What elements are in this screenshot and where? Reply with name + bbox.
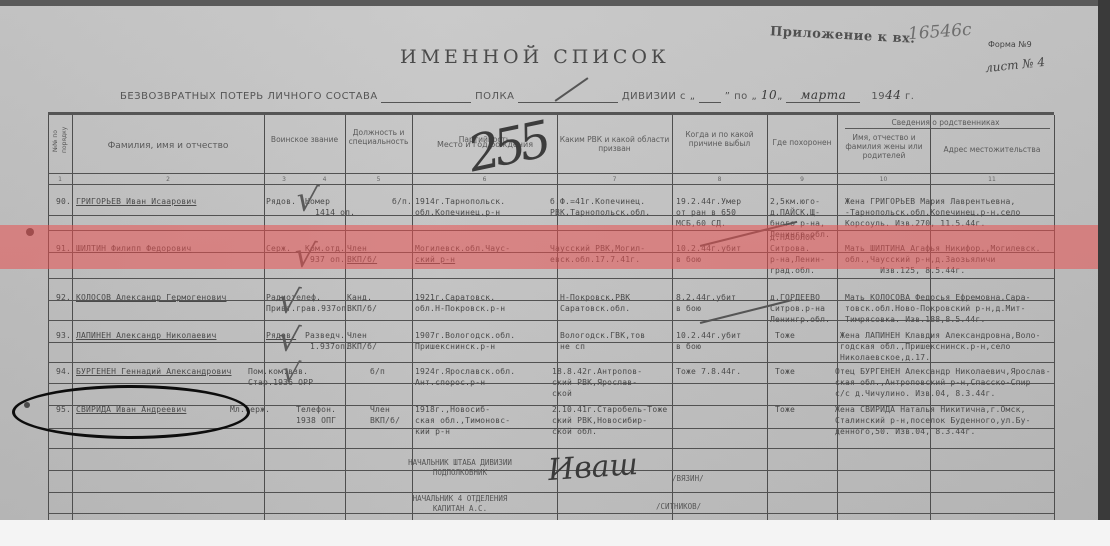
person-name: КОЛОСОВ Александр Гермогенович <box>76 292 227 303</box>
header-col-3: Воинское звание <box>264 135 345 144</box>
position: Телефон. 1938 ОПГ <box>296 404 336 426</box>
party: б/п. <box>392 196 412 207</box>
header-relatives-group: Сведения о родственниках <box>837 118 1054 127</box>
year-suffix: 44 <box>885 88 901 102</box>
relative: Мать КОЛОСОВА Федосья Ефремовна,Сара- то… <box>845 292 1031 325</box>
form-label: Форма №9 <box>988 40 1032 49</box>
row-number: 90. <box>56 196 71 207</box>
header-col-7: Каким РВК и какой области призван <box>557 135 672 153</box>
chief-of-staff-title: НАЧАЛЬНИК ШТАБА ДИВИЗИИ ПОДПОЛКОВНИК <box>360 458 560 478</box>
signature-name-2: /СИТНИКОВ/ <box>656 502 701 512</box>
reason: 8.2.44г.убит в бою <box>676 292 736 314</box>
scan-border-top <box>0 0 1110 6</box>
scan-border-right <box>1098 0 1110 546</box>
reason: 10.2.44г.убит в бою <box>676 330 741 352</box>
handwritten-signature: Иваш <box>547 447 639 488</box>
header-col-8: Когда и по какой причине выбыл <box>672 130 767 148</box>
draft: 18.8.42г.Антропов- ский РВК,Ярослав- ско… <box>552 366 642 399</box>
col-number: 1 <box>48 176 72 183</box>
relative: Отец БУРГЕНЕН Александр Николаевич,Яросл… <box>835 366 1051 399</box>
reason: Тоже 7.8.44г. <box>676 366 741 377</box>
header-col-1: №№ по порядку <box>51 129 69 153</box>
circled-entry-annotation <box>12 385 250 439</box>
column-divider <box>1054 115 1055 520</box>
year-unit: г. <box>905 91 914 102</box>
date-day: 10 <box>761 88 777 102</box>
col-number: 11 <box>930 176 1054 183</box>
person-name: БУРГЕНЕН Геннадий Александрович <box>76 366 232 377</box>
draft: Вологодск.ГВК,тов не сп <box>560 330 645 352</box>
party: Член ВКП/б/ <box>347 330 377 352</box>
col-number: 10 <box>837 176 930 183</box>
birth: 1921г.Саратовск. обл.Н-Покровск.р-н <box>415 292 505 314</box>
date-month: марта <box>786 88 860 103</box>
col-number: 5 <box>345 176 412 183</box>
draft: 2.10.41г.Старобель-Тоже ский РВК,Новосиб… <box>552 404 667 437</box>
document-title: ИМЕННОЙ СПИСОК <box>400 46 670 68</box>
draft: б.Ф.=41г.Копечинец. РВК,Тарнопольск.обл. <box>550 196 650 218</box>
burial: д.ГОРДЕЕВО Ситров.р-на Ленингр.обл. <box>770 292 830 325</box>
header-col-11: Адрес местожительства <box>930 145 1054 154</box>
col-number: 7 <box>557 176 672 183</box>
birth: 1914г.Тарнопольск. обл.Копечинец.р-н <box>415 196 505 218</box>
birth: 1924г.Ярославск.обл. Ант.спорос.р-н <box>415 366 515 388</box>
person-name: ЛАПИНЕН Александр Николаевич <box>76 330 216 341</box>
row-number: 93. <box>56 330 71 341</box>
burial: Тоже <box>775 404 795 415</box>
position: Разведч. 1.937оп. <box>305 330 350 352</box>
birth: 1918г.,Новосиб- ская обл.,Тимоновс- кий … <box>415 404 510 437</box>
col-number: 9 <box>767 176 837 183</box>
division-label: ДИВИЗИИ с „ <box>622 91 696 102</box>
col-number: 2 <box>72 176 264 183</box>
document-subtitle: БЕЗВОЗВРАТНЫХ ПОТЕРЬ ЛИЧНОГО СОСТАВА ПОЛ… <box>120 88 914 103</box>
highlighted-row-overlay <box>0 225 1098 269</box>
burial: Тоже <box>775 366 795 377</box>
person-name: ГРИГОРЬЕВ Иван Исаарович <box>76 196 196 207</box>
relative: Жена СВИРИДА Наталья Никитична,г.Омск, С… <box>835 404 1031 437</box>
header-col-4: Должность и специальность <box>345 128 412 146</box>
header-col-9: Где похоронен <box>767 138 837 147</box>
signature-name-1: /ВЯЗИН/ <box>672 474 704 484</box>
regiment-label: ПОЛКА <box>475 91 514 102</box>
burial: Тоже <box>775 330 795 341</box>
year-prefix: 19 <box>871 91 885 102</box>
relative: Жена ЛАПИНЕН Клавдия Александровна,Воло-… <box>840 330 1041 363</box>
party: б/п <box>370 366 385 377</box>
header-col-10: Имя, отчество и фамилия жены или родител… <box>840 133 928 160</box>
birth: 1907г.Вологодск.обл. Пришекснинск.р-н <box>415 330 515 352</box>
to-label: ” по „ <box>725 91 757 102</box>
header-col-2: Фамилия, имя и отчество <box>72 142 264 151</box>
row-number: 94. <box>56 366 71 377</box>
party: Канд. ВКП/б/ <box>347 292 377 314</box>
dept-chief-title: НАЧАЛЬНИК 4 ОТДЕЛЕНИЯ КАПИТАН А.С. <box>360 494 560 514</box>
header-rule <box>48 112 1054 115</box>
party: Член ВКП/б/ <box>370 404 400 426</box>
draft: Н-Покровск.РВК Саратовск.обл. <box>560 292 630 314</box>
col-number: 8 <box>672 176 767 183</box>
scan-border-bottom <box>0 520 1110 546</box>
row-number: 92. <box>56 292 71 303</box>
subtitle-prefix: БЕЗВОЗВРАТНЫХ ПОТЕРЬ ЛИЧНОГО СОСТАВА <box>120 91 378 102</box>
rank: Рядов. <box>266 196 296 207</box>
